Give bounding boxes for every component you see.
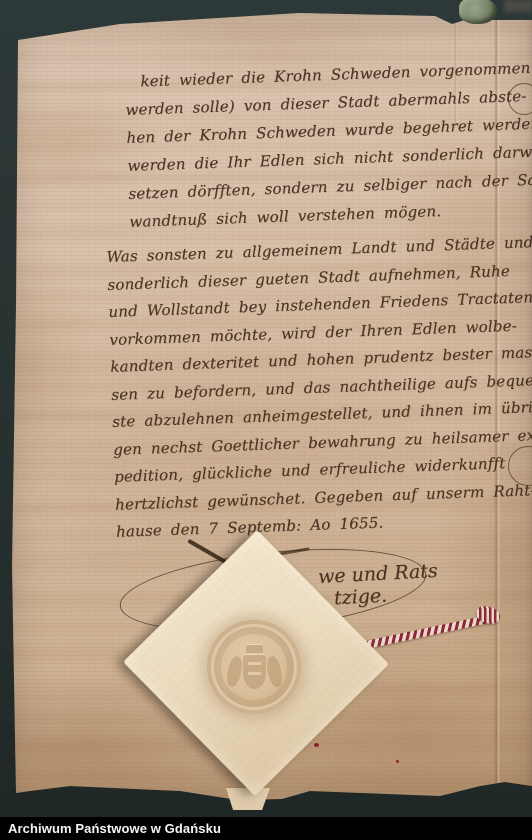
seal-arms-crown (246, 644, 263, 653)
archive-caption-label: Archiwum Państwowe w Gdańsku (0, 817, 221, 840)
seal-arms-cross (248, 662, 261, 665)
embossed-wax-seal (207, 620, 301, 714)
archival-photo: keit wieder die Krohn Schweden vorgenomm… (0, 0, 532, 840)
binding-edge-sliver (504, 0, 532, 12)
archive-caption-bar: Archiwum Państwowe w Gdańsku (0, 817, 532, 840)
seal-paper-bottom-tab (226, 788, 270, 810)
seal-arms-lion-right (265, 655, 284, 688)
seal-arms-lion-left (225, 655, 244, 688)
seal-arms-cross (248, 672, 261, 675)
green-wax-remnant (459, 0, 497, 24)
